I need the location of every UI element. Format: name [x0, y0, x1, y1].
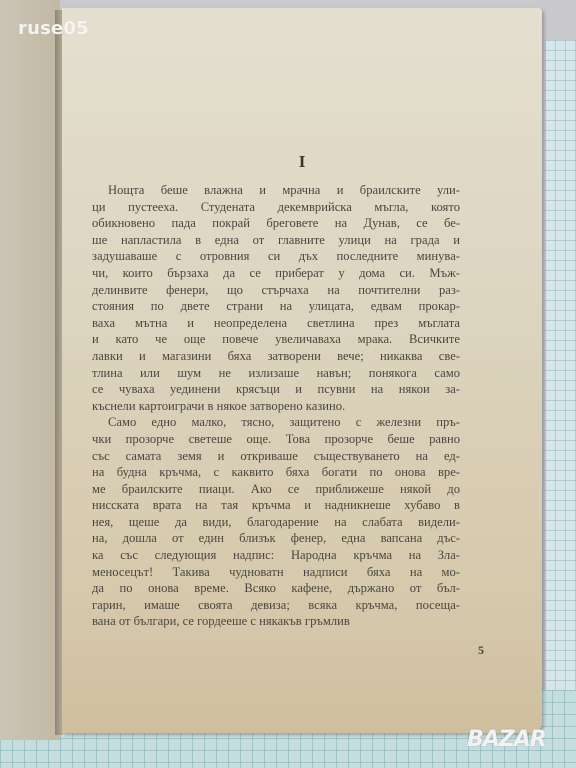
text-line: меносецът! Такива чудноватн надписи бяха…	[92, 564, 460, 581]
text-line: Нощта беше влажна и мрачна и браилските …	[92, 182, 460, 199]
text-line: лавки и магазини бяха затворени вече; ни…	[92, 348, 460, 365]
text-line: ваха мътна и неопределена светлина през …	[92, 315, 460, 332]
text-line: на будна кръчма, с каквито бяха богати п…	[92, 464, 460, 481]
seller-watermark: ruse05	[18, 18, 89, 39]
text-line: да по онова време. Всяко кафене, държано…	[92, 580, 460, 597]
text-line: обикновено пада покрай бреговете на Дуна…	[92, 215, 460, 232]
text-line: нисската врата на тая кръчма и надникнеш…	[92, 497, 460, 514]
chapter-heading: I	[62, 152, 542, 172]
text-line: се чуваха уединени крясъци и псувни на н…	[92, 381, 460, 398]
text-line: със самата земя и откриваше съществуване…	[92, 448, 460, 465]
text-line: гарин, имаше своята девиза; всяка кръчма…	[92, 597, 460, 614]
text-line: стояния по двете страни на улицата, едва…	[92, 298, 460, 315]
text-line: делинвите фенери, що стърчаха на почтите…	[92, 282, 460, 299]
text-line: задушаваше с отровния си дъх последните …	[92, 248, 460, 265]
text-line: тлина или шум не излизаше навън; поняког…	[92, 365, 460, 382]
text-line: Само едно малко, тясно, защитено с желез…	[92, 414, 460, 431]
text-line: ме браилските пиаци. Ако се приближеше н…	[92, 481, 460, 498]
text-line: ка със следующия надпис: Народна кръчма …	[92, 547, 460, 564]
text-line: чки прозорче светеше още. Това прозорче …	[92, 431, 460, 448]
page-body-text: Нощта беше влажна и мрачна и браилските …	[92, 182, 460, 630]
text-line: вана от българи, се гордееше с някакъв г…	[92, 613, 460, 630]
text-line: ше напластила в една от главните улици н…	[92, 232, 460, 249]
page-number: 5	[478, 643, 484, 658]
text-line: чи, които бързаха да се приберат у дома …	[92, 265, 460, 282]
book-cover-edge	[0, 0, 60, 740]
text-line: ци пустееха. Студената декемврийска мъгл…	[92, 199, 460, 216]
text-line: на, дошла от един близък фенер, една вап…	[92, 530, 460, 547]
graph-paper-background-right	[545, 40, 576, 690]
text-line: и като че още повече увеличаваха мрака. …	[92, 331, 460, 348]
text-line: нея, щеше да види, благодарение на слаба…	[92, 514, 460, 531]
text-line: къснели картоиграчи в някое затворено ка…	[92, 398, 460, 415]
bazar-logo-watermark: BAZAR	[467, 727, 546, 752]
